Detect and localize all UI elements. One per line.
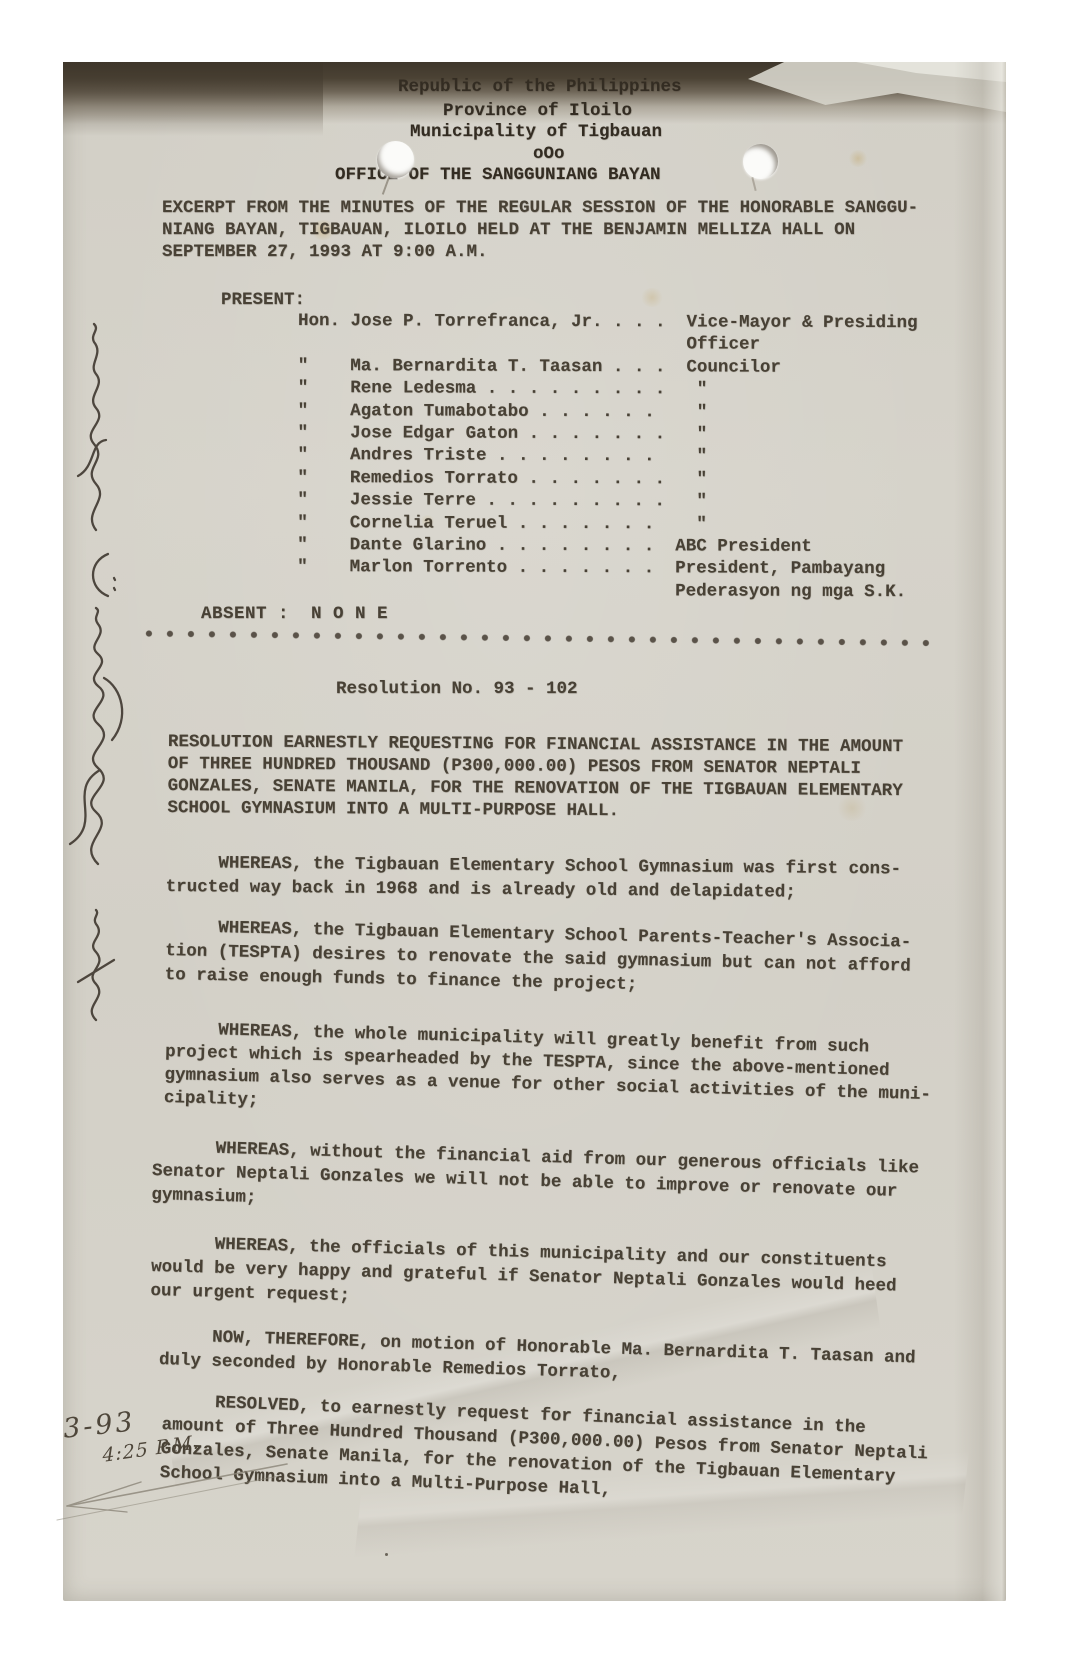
pencil-arrow-mark — [43, 1444, 303, 1534]
attendance-list: Hon. Jose P. Torrefranca, Jr. . . . Vice… — [297, 310, 918, 603]
letterhead-municipality: Municipality of Tigbauan — [410, 121, 662, 143]
punch-hole-left — [377, 141, 414, 178]
paper-stain — [640, 288, 664, 307]
paragraph-whereas-3: WHEREAS, the whole municipality will gre… — [164, 1018, 933, 1130]
dotted-divider — [145, 629, 937, 648]
top-shadow-band-left — [63, 62, 323, 136]
paper-stain — [848, 150, 868, 167]
signature-stroke — [78, 960, 114, 982]
signature-stroke — [91, 608, 104, 864]
punch-hole-tear — [751, 177, 756, 191]
signature-stroke — [104, 678, 122, 740]
resolution-number: Resolution No. 93 - 102 — [336, 678, 578, 700]
ink-speck — [385, 1553, 388, 1556]
signature-stroke — [70, 770, 100, 844]
punch-hole-right — [743, 144, 778, 179]
signature-stroke — [91, 324, 100, 530]
resolution-title: RESOLUTION EARNESTLY REQUESTING FOR FINA… — [167, 731, 903, 824]
letterhead-republic: Republic of the Philippines — [398, 76, 682, 98]
letterhead-separator: oOo — [533, 143, 565, 165]
letterhead-province: Province of Iloilo — [443, 100, 632, 122]
excerpt-heading: EXCERPT FROM THE MINUTES OF THE REGULAR … — [162, 197, 918, 263]
present-label: PRESENT: — [221, 289, 305, 311]
margin-signatures — [40, 320, 140, 1060]
paragraph-whereas-1: WHEREAS, the Tigbauan Elementary School … — [166, 851, 902, 905]
scanned-page: Republic of the Philippines Province of … — [63, 62, 1006, 1601]
paragraph-whereas-4: WHEREAS, without the financial aid from … — [151, 1135, 919, 1228]
signature-stroke — [92, 910, 100, 1020]
absent-line: ABSENT : N O N E — [201, 603, 388, 625]
handwritten-session-note: 3-93 — [62, 1406, 138, 1444]
right-edge-crease — [954, 62, 1006, 1601]
signature-paren-c — [93, 554, 115, 596]
paragraph-whereas-2: WHEREAS, the Tigbauan Elementary School … — [164, 915, 911, 1003]
